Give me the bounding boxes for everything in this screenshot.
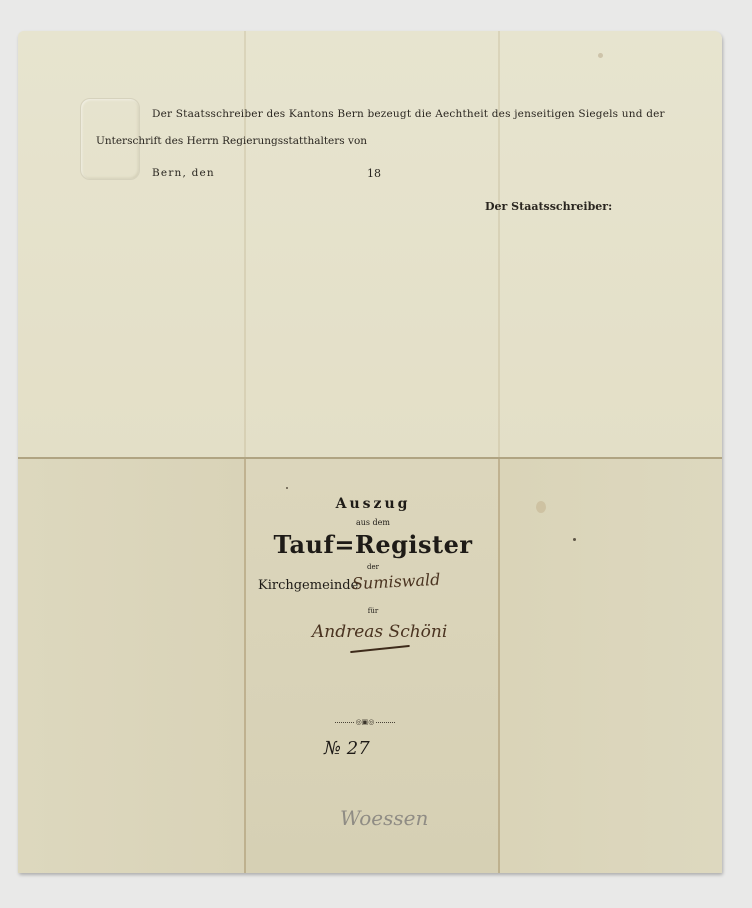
upper-panel <box>18 31 722 457</box>
fold-line-vertical-right <box>498 459 500 873</box>
ornament-line-right <box>376 722 395 723</box>
lower-left-panel <box>18 459 244 873</box>
fold-line-horizontal <box>18 457 722 459</box>
ornament-divider: ◎▣◎ <box>335 718 395 726</box>
parish-label: Kirchgemeinde <box>258 578 358 593</box>
place-date-label: Bern, den <box>152 167 215 179</box>
year-prefix: 18 <box>367 167 381 180</box>
lower-right-panel <box>500 459 722 873</box>
cover-subtitle: aus dem <box>248 518 498 527</box>
stain-spot <box>598 53 603 58</box>
stain-spot <box>573 538 576 541</box>
stain-spot <box>536 501 546 513</box>
register-title: Tauf=Register <box>248 530 498 559</box>
certification-line-1: Der Staatsschreiber des Kantons Bern bez… <box>152 108 665 120</box>
fold-line-vertical-left <box>244 459 246 873</box>
fold-line-vertical-upper-right <box>498 31 500 457</box>
signature-label: Der Staatsschreiber: <box>485 200 612 213</box>
fuer-label: für <box>248 607 498 615</box>
der-label: der <box>248 563 498 571</box>
ornament-icon: ◎▣◎ <box>354 718 377 726</box>
certification-line-2: Unterschrift des Herrn Regierungsstattha… <box>96 135 367 147</box>
name-handwritten: Andreas Schöni <box>312 622 447 642</box>
register-number-handwritten: № 27 <box>324 738 370 759</box>
cover-title: Auszug <box>248 496 498 512</box>
pencil-note: Woessen <box>340 806 428 830</box>
ornament-line-left <box>335 722 354 723</box>
fold-line-vertical-upper-left <box>244 31 246 457</box>
stain-spot <box>286 487 288 489</box>
